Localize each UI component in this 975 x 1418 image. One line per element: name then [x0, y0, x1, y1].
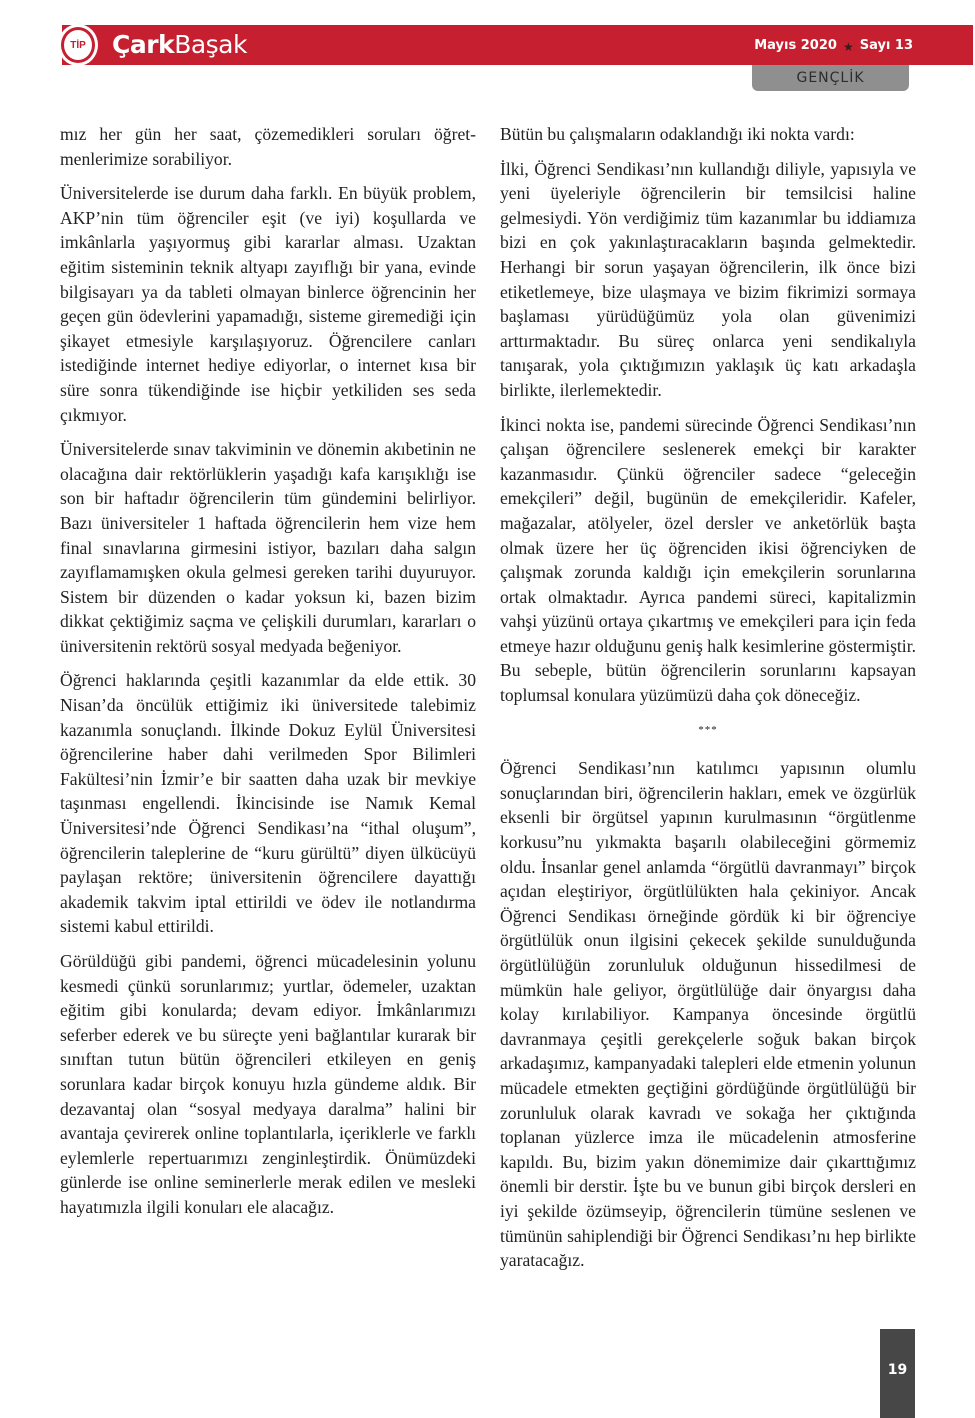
tip-logo-icon: TİP	[58, 24, 98, 66]
right-column: Bütün bu çalışmaların odaklandığı iki no…	[500, 122, 916, 1283]
issue-number: Sayı 13	[860, 38, 913, 53]
issue-month: Mayıs 2020	[754, 38, 837, 53]
brand-light: Başak	[174, 30, 247, 59]
paragraph: Öğrenci haklarında çeşitli kazanımlar da…	[60, 668, 476, 939]
paragraph: Üniversitelerde ise durum daha farklı. E…	[60, 181, 476, 427]
paragraph: Üniversitelerde sınav takviminin ve döne…	[60, 437, 476, 658]
left-column: mız her gün her saat, çözemedikleri soru…	[60, 122, 476, 1230]
section-label: GENÇLİK	[752, 65, 909, 91]
paragraph: Bütün bu çalışmaların odaklandığı iki no…	[500, 122, 916, 147]
paragraph: mız her gün her saat, çözemedikleri soru…	[60, 122, 476, 171]
page-number: 19	[880, 1329, 915, 1418]
logo-text: TİP	[61, 27, 95, 63]
paragraph: İkinci nokta ise, pandemi sürecinde Öğre…	[500, 413, 916, 708]
paragraph: Öğrenci Sendikası’nın katılımcı yapısını…	[500, 756, 916, 1272]
magazine-title: ÇarkBaşak	[112, 27, 247, 63]
star-icon: ★	[843, 40, 854, 54]
paragraph: İlki, Öğrenci Sendikası’nın kullandığı d…	[500, 157, 916, 403]
section-separator: ***	[500, 718, 916, 743]
issue-info: Mayıs 2020 ★ Sayı 13	[754, 25, 913, 65]
paragraph: Görüldüğü gibi pandemi, öğrenci mücadele…	[60, 949, 476, 1220]
brand-bold: Çark	[112, 30, 174, 59]
